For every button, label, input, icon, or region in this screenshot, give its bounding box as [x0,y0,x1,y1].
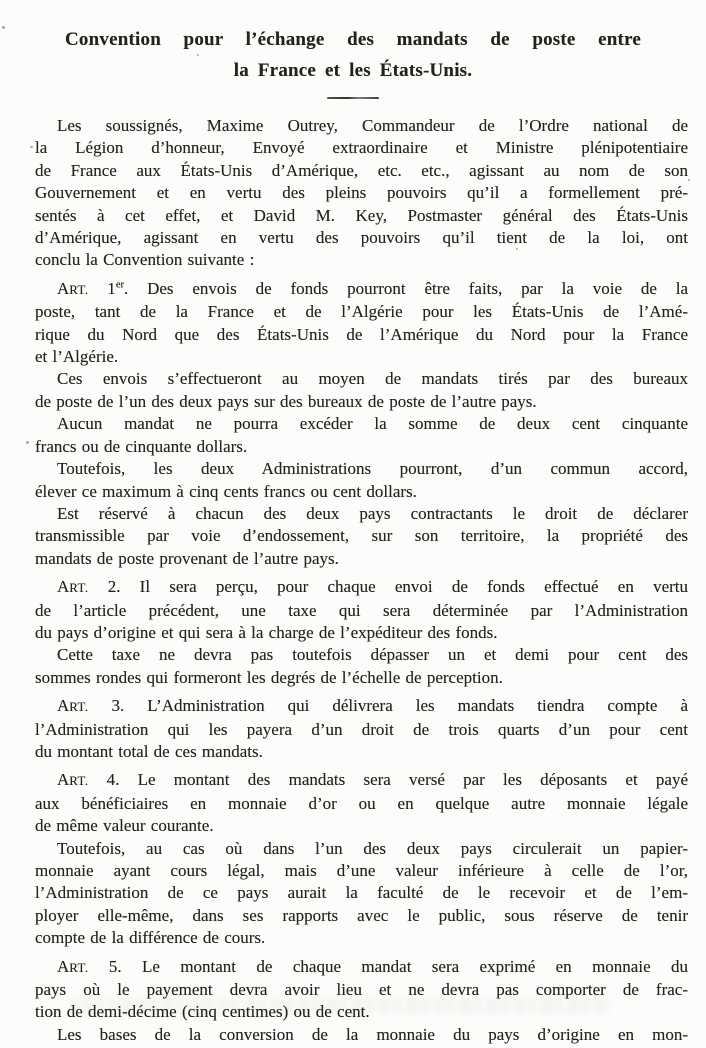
text-line: Ces envois s’effectueront au moyen de ma… [35,368,688,390]
article-paragraph: Art. 2. Il sera perçu, pour chaque envoi… [35,576,688,644]
paragraph: Les bases de la conversion de la monnaie… [35,1024,688,1046]
title-separator-rule [327,97,379,99]
text-line: de poste de l’un des deux pays sur des b… [35,391,688,413]
text-line: mandats de poste provenant de l’autre pa… [35,548,688,570]
paragraph: Cette taxe ne devra pas toutefois dépass… [35,644,688,689]
text-line: d’Amérique, agissant en vertu des pouvoi… [35,227,688,249]
paragraph: Aucun mandat ne pourra excéder la somme … [35,413,688,458]
article-label: Art. [57,957,88,976]
text-line: aux bénéficiaires en monnaie d’or ou en … [35,793,688,815]
article-paragraph: Art. 4. Le montant des mandats sera vers… [35,769,688,837]
text-line: Les soussignés, Maxime Outrey, Commandeu… [35,115,688,137]
paragraph: Est réservé à chacun des deux pays contr… [35,503,688,570]
text-line: Aucun mandat ne pourra excéder la somme … [35,413,688,435]
paragraph: Toutefois, les deux Administrations pour… [35,458,688,503]
text-line: Les bases de la conversion de la monnaie… [35,1024,688,1046]
paragraph: Toutefois, au cas où dans l’un des deux … [35,838,688,950]
scan-speck [688,179,690,181]
article-label: Art. [57,279,88,298]
text-line: l’Administration de ce pays aurait la fa… [35,882,688,904]
text-line: de l’article précédent, une taxe qui ser… [35,600,688,622]
paragraph: Ces envois s’effectueront au moyen de ma… [35,368,688,413]
scan-speck [26,441,29,444]
text-line: de France aux États-Unis d’Amérique, etc… [35,160,688,182]
text-line: du montant total de ces mandats. [35,741,688,763]
scan-speck [2,26,5,29]
document-title-line-2: la France et les États-Unis. [65,55,641,86]
text-line: Cette taxe ne devra pas toutefois dépass… [35,644,688,666]
text-line: Art. 4. Le montant des mandats sera vers… [35,769,688,792]
text-line: la Légion d’honneur, Envoyé extraordinai… [35,137,688,159]
article-label: Art. [57,770,88,789]
text-line: conclu la Convention suivante : [35,249,688,271]
text-line: Toutefois, les deux Administrations pour… [35,458,688,480]
paragraph: Les soussignés, Maxime Outrey, Commandeu… [35,115,688,272]
scan-speck [30,146,33,148]
text-line: sentés à cet effet, et David M. Key, Pos… [35,205,688,227]
text-line: francs ou de cinquante dollars. [35,436,688,458]
scanned-page: Convention pour l’échange des mandats de… [0,0,706,1048]
page-showthrough-artifact [70,998,610,1014]
text-line: Art. 1er. Des envois de fonds pourront ê… [35,278,688,301]
text-line: Art. 3. L’Administration qui délivrera l… [35,695,688,718]
document-body: Les soussignés, Maxime Outrey, Commandeu… [35,115,688,1046]
text-line: ployer elle-même, dans ses rapports avec… [35,905,688,927]
ordinal-superscript: er [116,279,124,290]
text-line: Est réservé à chacun des deux pays contr… [35,503,688,525]
text-line: de même valeur courante. [35,815,688,837]
text-line: Art. 2. Il sera perçu, pour chaque envoi… [35,576,688,599]
scan-speck [197,54,199,56]
article-paragraph: Art. 3. L’Administration qui délivrera l… [35,695,688,763]
scan-speck [516,248,518,250]
text-line: élever ce maximum à cinq cents francs ou… [35,481,688,503]
document-title-line-1: Convention pour l’échange des mandats de… [65,24,641,55]
article-label: Art. [57,696,88,715]
article-label: Art. [57,577,88,596]
text-line: sommes rondes qui formeront les degrés d… [35,667,688,689]
text-line: Gouvernement et en vertu des pleins pouv… [35,182,688,204]
text-line: compte de la différence de cours. [35,927,688,949]
text-line: poste, tant de la France et de l’Algérie… [35,301,688,323]
text-line: Toutefois, au cas où dans l’un des deux … [35,838,688,860]
document-title: Convention pour l’échange des mandats de… [65,24,641,86]
article-paragraph: Art. 1er. Des envois de fonds pourront ê… [35,278,688,369]
text-line: du pays d’origine et qui sera à la charg… [35,622,688,644]
text-line: et l’Algérie. [35,346,688,368]
text-line: Art. 5. Le montant de chaque mandat sera… [35,956,688,979]
text-line: monnaie ayant cours légal, mais d’une va… [35,860,688,882]
text-line: l’Administration qui les payera d’un dro… [35,719,688,741]
text-line: rique du Nord que des États-Unis de l’Am… [35,324,688,346]
text-line: transmissible par voie d’endossement, su… [35,525,688,547]
